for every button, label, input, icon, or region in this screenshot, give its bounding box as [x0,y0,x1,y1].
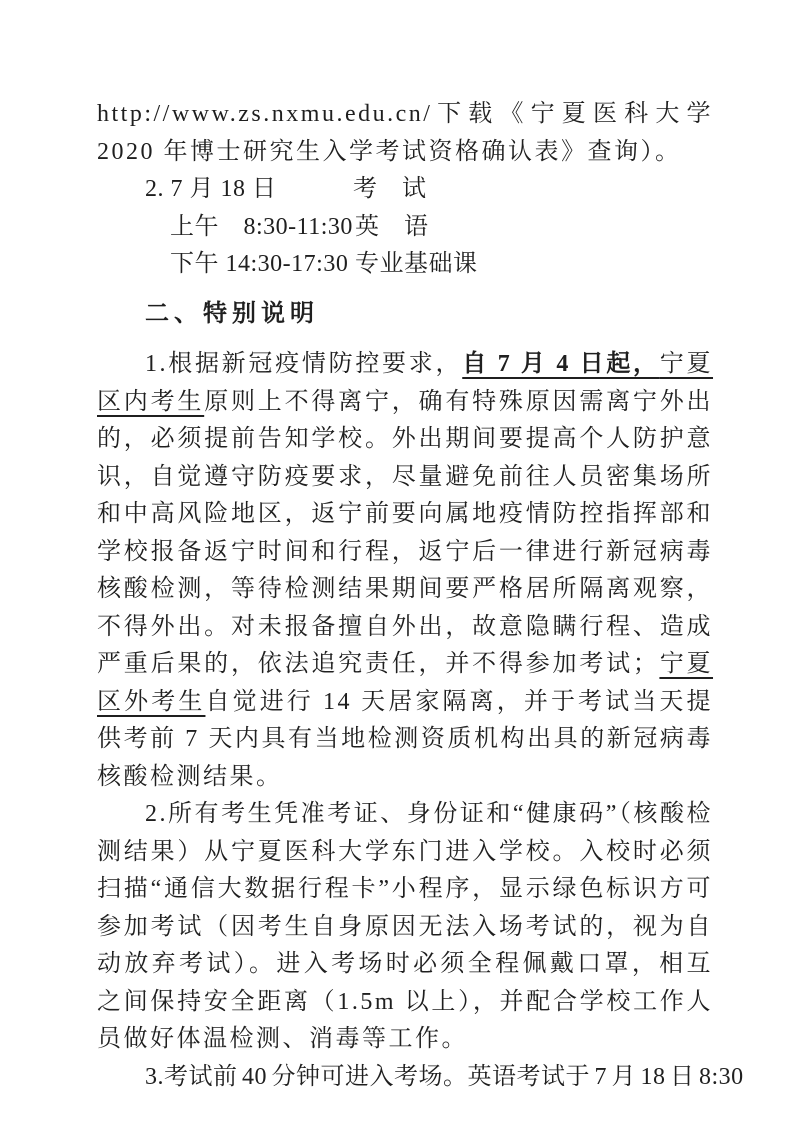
section-heading: 二、特别说明 [97,296,713,334]
schedule-date-subject: 考 试 [353,176,427,202]
schedule-row-date: 2. 7 月 18 日考 试 [97,171,713,209]
p1-segment-normal-2: 原则上不得离宁，确有特殊原因需离宁外出的，必须提前告知学校。外出期间要提高个人防… [97,389,713,678]
p1-segment-bold-underline: 自 7 月 4 日起， [462,351,660,377]
intro-paragraph: http://www.zs.nxmu.edu.cn/下载《宁夏医科大学 2020… [97,96,713,171]
schedule-morning-subject: 英 语 [355,214,429,240]
schedule-afternoon-subject: 专业基础课 [355,251,478,277]
schedule-row-afternoon: 下午 14:30-17:30专业基础课 [97,246,713,284]
schedule-morning-time: 上午 8:30-11:30 [170,209,355,247]
schedule-afternoon-time: 下午 14:30-17:30 [170,246,355,284]
note-paragraph-2: 2.所有考生凭准考证、身份证和“健康码”（核酸检测结果）从宁夏医科大学东门进入学… [97,796,713,1059]
note-paragraph-1: 1.根据新冠疫情防控要求，自 7 月 4 日起，宁夏区内考生原则上不得离宁，确有… [97,346,713,796]
document-page: http://www.zs.nxmu.edu.cn/下载《宁夏医科大学 2020… [0,0,793,1122]
website-url: http://www.zs.nxmu.edu.cn/ [97,101,432,127]
schedule-row-morning: 上午 8:30-11:30英 语 [97,209,713,247]
schedule-date: 2. 7 月 18 日 [145,171,353,209]
note-paragraph-3: 3.考试前 40 分钟可进入考场。英语考试于 7 月 18 日 8:30 [97,1059,713,1097]
p1-segment-normal-1: 1.根据新冠疫情防控要求， [145,351,462,377]
